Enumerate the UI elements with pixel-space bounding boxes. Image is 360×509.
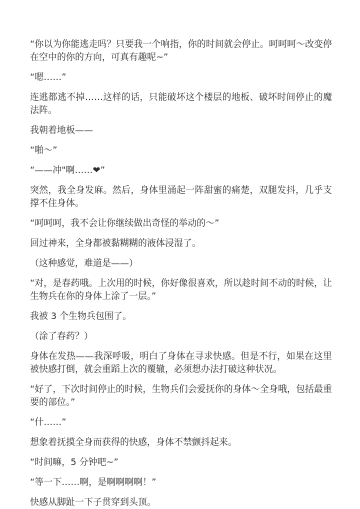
paragraph: 突然，我全身发麻。然后，身体里涌起一阵甜蜜的痛楚，双腿发抖，几乎支撑不住身体。: [30, 185, 332, 211]
paragraph: （涂了春药？）: [30, 331, 332, 344]
paragraph: “对，是春药哦。上次用的时候，你好像很喜欢，所以趁时间不动的时候，让生物兵在你的…: [30, 278, 332, 304]
paragraph: 回过神来，全身都被黏糊糊的液体浸湿了。: [30, 238, 332, 251]
paragraph: 快感从脚趾一下子贯穿到头顶。: [30, 497, 332, 509]
paragraph: “什……”: [30, 417, 332, 430]
paragraph: “——冲"啊……❤”: [30, 165, 332, 178]
paragraph: “呵呵呵，我不会让你继续做出奇怪的举动的～”: [30, 218, 332, 231]
paragraph: 身体在发热——我深呼吸，明白了身体在寻求快感。但是不行，如果在这里被快感打倒，就…: [30, 351, 332, 377]
paragraph: “等一下……啊，是啊啊啊啊！”: [30, 477, 332, 490]
paragraph: “你以为你能逃走吗？只要我一个响指，你的时间就会停止。呵呵呵～改变停在空中的你的…: [30, 39, 332, 65]
paragraph: “嗯……”: [30, 72, 332, 85]
paragraph: 想象着抚摸全身而获得的快感，身体不禁颤抖起来。: [30, 437, 332, 450]
novel-text-page: “你以为你能逃走吗？只要我一个响指，你的时间就会停止。呵呵呵～改变停在空中的你的…: [0, 0, 360, 509]
paragraph: “时间嘛，5 分钟吧~”: [30, 457, 332, 470]
paragraph: “啪～”: [30, 145, 332, 158]
paragraph: 连逃都逃不掉……这样的话，只能破坏这个楼层的地板、破坏时间停止的魔法阵。: [30, 92, 332, 118]
paragraph: （这种感觉，难道是——）: [30, 258, 332, 271]
paragraph: 我被 3 个生物兵包围了。: [30, 311, 332, 324]
paragraph: 我朝着地板——: [30, 125, 332, 138]
paragraph: “好了，下次时间停止的时候，生物兵们会爱抚你的身体～全身哦，包括最重要的部位。”: [30, 384, 332, 410]
